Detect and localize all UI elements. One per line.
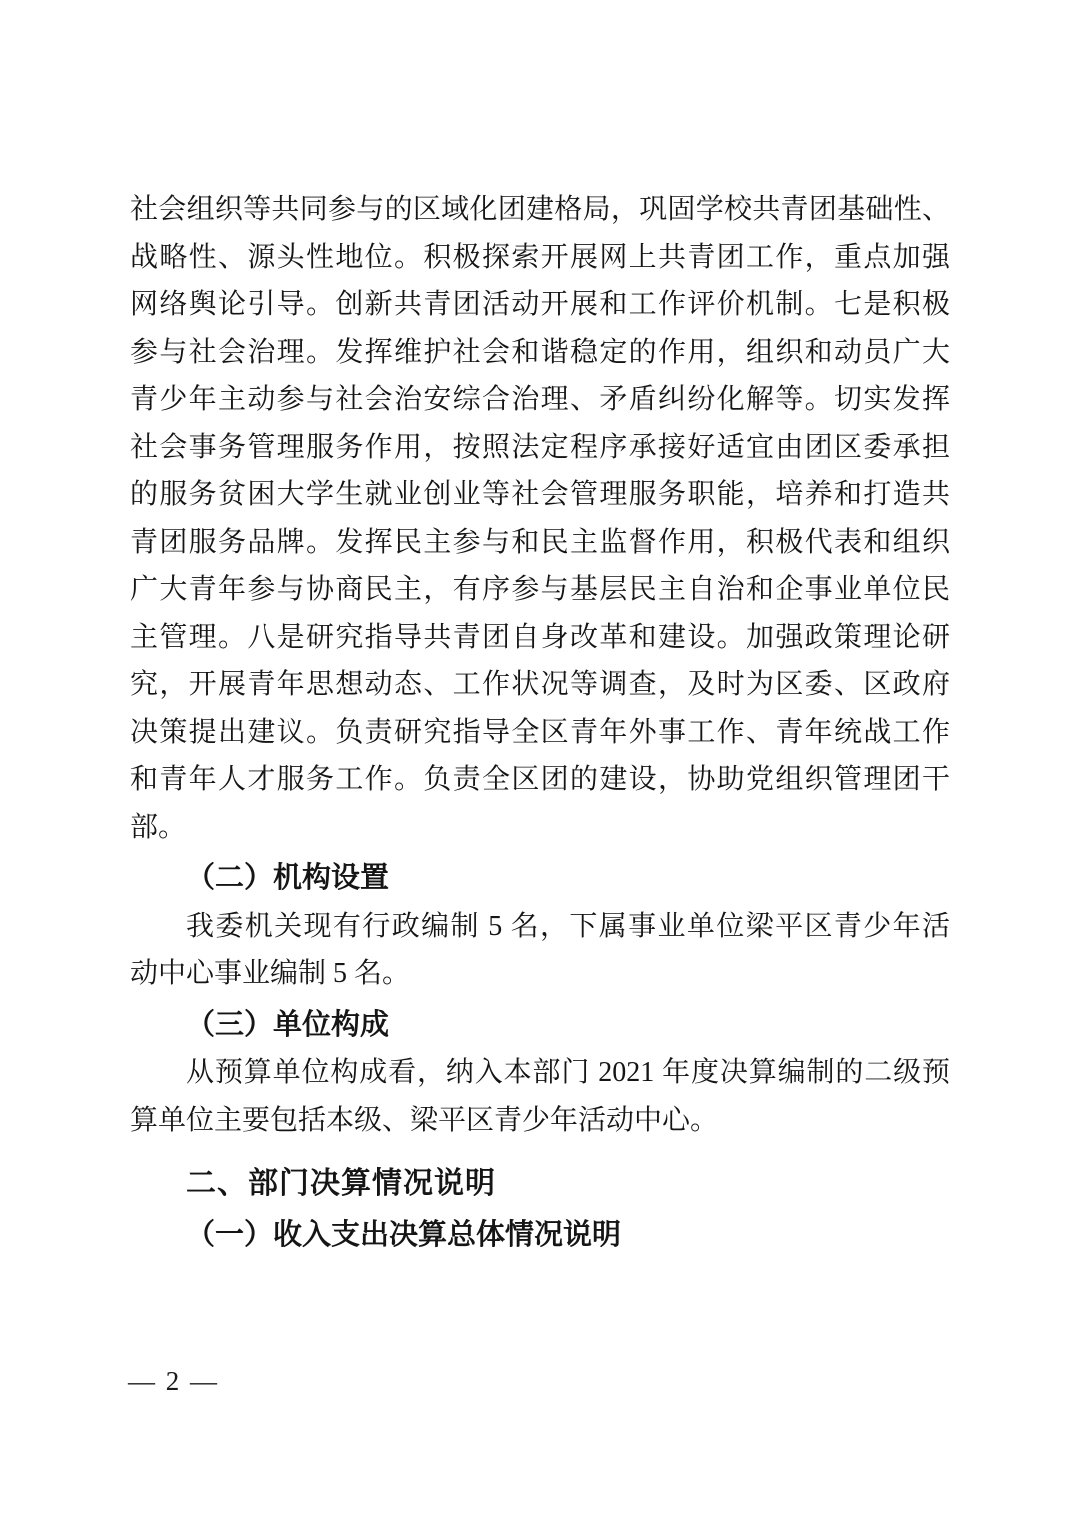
body-line: 广大青年参与协商民主，有序参与基层民主自治和企事业单位民 xyxy=(130,566,950,614)
body-line: 网络舆论引导。创新共青团活动开展和工作评价机制。七是积极 xyxy=(130,281,950,329)
body-line: 算单位主要包括本级、梁平区青少年活动中心。 xyxy=(130,1097,950,1145)
body-line: 社会组织等共同参与的区域化团建格局，巩固学校共青团基础性、 xyxy=(130,186,950,234)
section-heading: （一）收入支出决算总体情况说明 xyxy=(130,1212,950,1260)
body-line: 战略性、源头性地位。积极探索开展网上共青团工作，重点加强 xyxy=(130,234,950,282)
body-line: 青团服务品牌。发挥民主参与和民主监督作用，积极代表和组织 xyxy=(130,519,950,567)
body-line: 参与社会治理。发挥维护社会和谐稳定的作用，组织和动员广大 xyxy=(130,329,950,377)
body-line: 动中心事业编制 5 名。 xyxy=(130,950,950,998)
body-line: 主管理。八是研究指导共青团自身改革和建设。加强政策理论研 xyxy=(130,614,950,662)
body-line: 从预算单位构成看，纳入本部门 2021 年度决算编制的二级预 xyxy=(130,1049,950,1097)
chapter-heading: 二、部门决算情况说明 xyxy=(130,1160,950,1208)
section-heading: （二）机构设置 xyxy=(130,855,950,903)
body-line: 社会事务管理服务作用，按照法定程序承接好适宜由团区委承担 xyxy=(130,424,950,472)
body-line: 部。 xyxy=(130,804,950,852)
body-line: 的服务贫困大学生就业创业等社会管理服务职能，培养和打造共 xyxy=(130,471,950,519)
document-body: 社会组织等共同参与的区域化团建格局，巩固学校共青团基础性、战略性、源头性地位。积… xyxy=(130,186,950,1259)
body-line: 和青年人才服务工作。负责全区团的建设，协助党组织管理团干 xyxy=(130,756,950,804)
body-line: 究，开展青年思想动态、工作状况等调查，及时为区委、区政府 xyxy=(130,661,950,709)
body-line: 青少年主动参与社会治安综合治理、矛盾纠纷化解等。切实发挥 xyxy=(130,376,950,424)
page-number: — 2 — xyxy=(128,1361,219,1401)
document-page: 社会组织等共同参与的区域化团建格局，巩固学校共青团基础性、战略性、源头性地位。积… xyxy=(0,0,1074,1520)
section-heading: （三）单位构成 xyxy=(130,1002,950,1050)
body-line: 我委机关现有行政编制 5 名，下属事业单位梁平区青少年活 xyxy=(130,903,950,951)
body-line: 决策提出建议。负责研究指导全区青年外事工作、青年统战工作 xyxy=(130,709,950,757)
